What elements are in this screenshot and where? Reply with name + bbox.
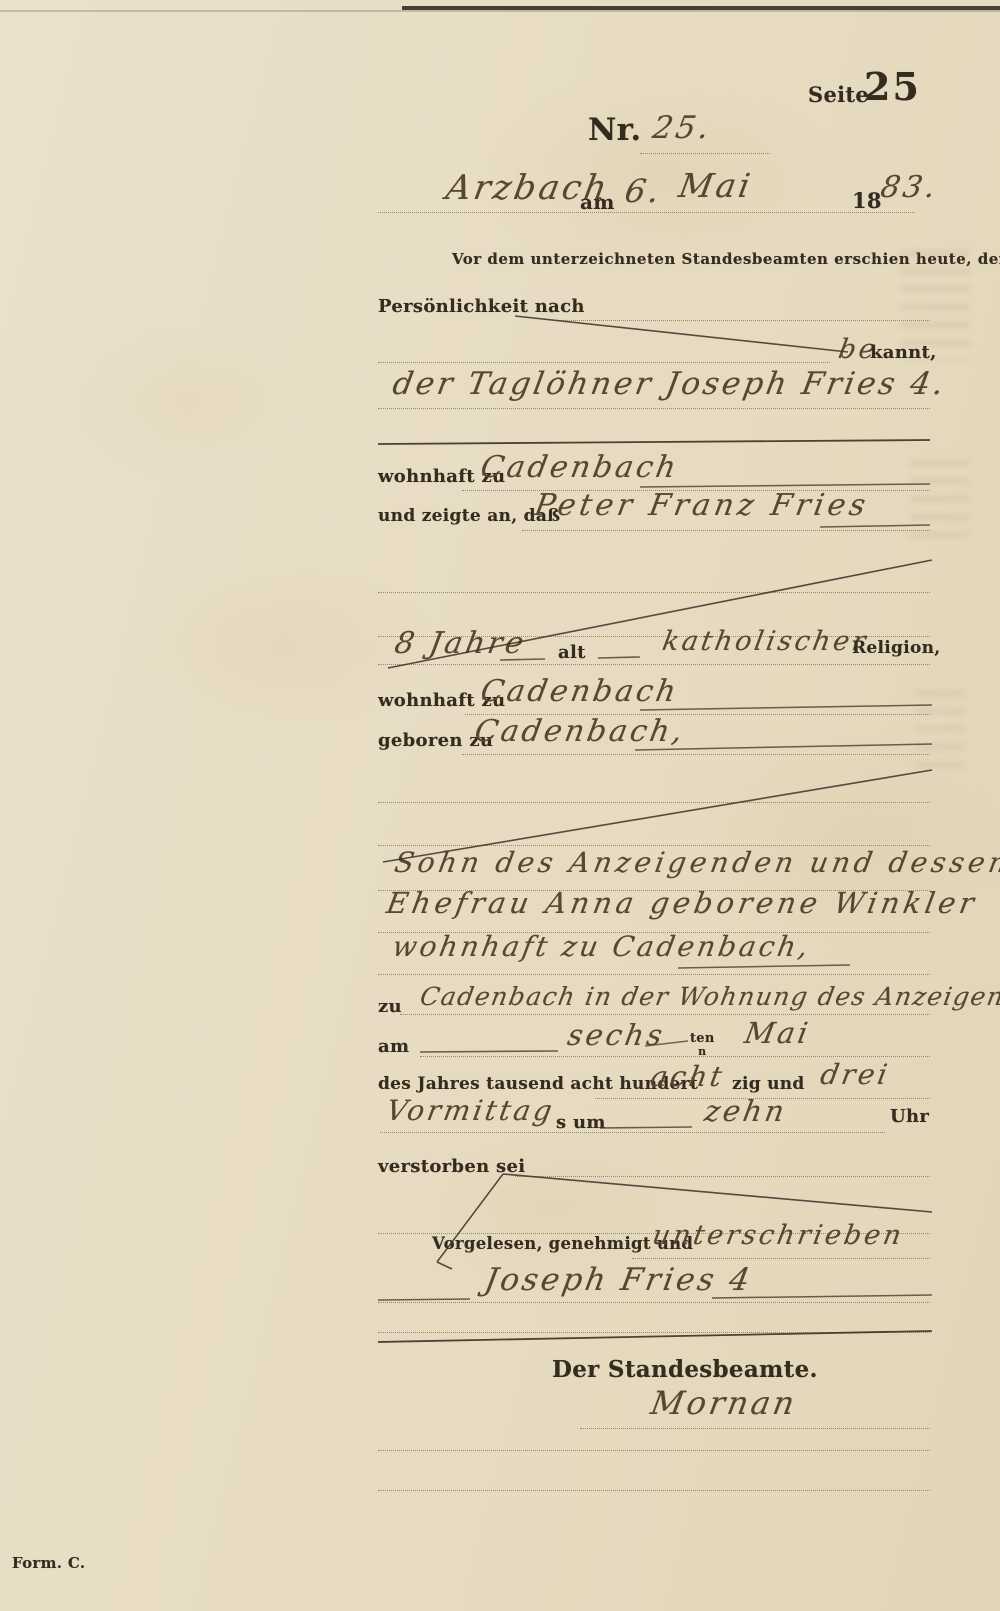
deceased-name: Peter Franz Fries xyxy=(532,488,872,523)
seite-label: Seite xyxy=(808,82,869,107)
dotted-rule xyxy=(378,974,930,975)
dotted-rule xyxy=(640,153,770,154)
death-month-entry: Mai xyxy=(742,1016,813,1050)
parents-line2: Ehefrau Anna geborene Winkler xyxy=(384,886,981,920)
dotted-rule xyxy=(522,530,930,531)
ink-fill-line xyxy=(640,484,930,487)
bekannt-printed: kannt, xyxy=(870,342,937,363)
year-ones-entry: drei xyxy=(818,1058,893,1091)
ink-fill-line xyxy=(598,657,640,658)
am-label: am xyxy=(580,190,615,214)
dotted-rule xyxy=(580,1428,930,1429)
religion-entry: katholischer xyxy=(660,626,871,657)
ink-fill-line xyxy=(600,1127,692,1128)
year-tens-entry: acht xyxy=(648,1060,727,1093)
strikethrough-line xyxy=(437,1262,452,1269)
ten-label: ten xyxy=(690,1032,715,1045)
declarant-entry: der Taglöhner Joseph Fries 4. xyxy=(390,366,949,402)
hour-entry: zehn xyxy=(702,1094,790,1128)
daytime-entry: Vormittag xyxy=(384,1094,557,1127)
dotted-rule xyxy=(378,408,930,409)
registrar-signature: Mornan xyxy=(648,1384,800,1422)
closing-written: unterschrieben xyxy=(650,1220,907,1251)
dotted-rule xyxy=(378,1332,930,1333)
day-entry: 6. xyxy=(622,172,665,210)
alt-label: alt xyxy=(558,642,586,663)
ink-strokes xyxy=(0,0,1000,1611)
dotted-rule xyxy=(515,1176,930,1177)
nr-value: 25. xyxy=(650,110,715,146)
declarant-signature: Joseph Fries 4 xyxy=(482,1262,755,1298)
religion-label: Religion, xyxy=(852,638,941,658)
ten-suffix: ten n xyxy=(690,1032,715,1057)
dotted-rule xyxy=(378,362,830,363)
strikethrough-line xyxy=(378,440,930,444)
strikethrough-line xyxy=(515,316,848,352)
persoenlichkeit-label: Persönlichkeit nach xyxy=(378,296,585,317)
dotted-rule xyxy=(555,320,930,321)
strikethrough-line xyxy=(503,1174,932,1212)
s-um-label: s um xyxy=(556,1112,606,1133)
dotted-rule xyxy=(378,1490,930,1491)
register-page: Seite 25 Nr. 25. Arzbach am 6. Mai 18 83… xyxy=(0,0,1000,1611)
dotted-rule xyxy=(632,1258,930,1259)
dotted-rule xyxy=(378,212,915,213)
zig-und-label: zig und xyxy=(732,1074,805,1094)
dotted-rule xyxy=(378,1450,930,1451)
parents-line3: wohnhaft zu Cadenbach, xyxy=(390,930,814,963)
year-printed: 18 xyxy=(852,188,882,213)
verstorben-label: verstorben sei xyxy=(378,1156,525,1177)
registrar-label: Der Standesbeamte. xyxy=(552,1356,818,1383)
ink-fill-line xyxy=(678,965,850,968)
death-day-entry: sechs xyxy=(565,1018,668,1052)
bleedthrough-smudge xyxy=(915,690,965,770)
deceased-residence: Cadenbach xyxy=(478,674,682,709)
ink-fill-line xyxy=(640,705,932,710)
intro-line: Vor dem unterzeichneten Standesbeamten e… xyxy=(452,250,1000,268)
dotted-rule xyxy=(378,1302,930,1303)
nr-label: Nr. xyxy=(588,112,642,148)
binding-shadow xyxy=(0,10,1000,12)
dotted-rule xyxy=(420,1056,930,1057)
month-entry: Mai xyxy=(676,166,756,205)
declarant-residence: Cadenbach xyxy=(478,450,682,485)
birthplace-entry: Cadenbach, xyxy=(472,714,688,749)
dotted-rule xyxy=(400,1014,930,1015)
zu-label: zu xyxy=(378,996,402,1017)
dotted-rule xyxy=(378,802,930,803)
form-label: Form. C. xyxy=(12,1554,85,1572)
dotted-rule xyxy=(378,664,930,665)
am2-label: am xyxy=(378,1036,409,1057)
parents-line1: Sohn des Anzeigenden und dessen xyxy=(392,846,1000,879)
ink-fill-line xyxy=(378,1299,470,1300)
age-entry: 8 Jahre xyxy=(392,626,529,661)
dotted-rule xyxy=(462,754,930,755)
dotted-rule xyxy=(378,592,930,593)
uhr-label: Uhr xyxy=(890,1106,929,1127)
death-place-entry: Cadenbach in der Wohnung des Anzeigenden xyxy=(418,982,1000,1011)
year-written: 83. xyxy=(878,170,941,205)
page-number: 25 xyxy=(864,64,921,109)
bleedthrough-smudge xyxy=(910,460,970,550)
dotted-rule xyxy=(380,1132,885,1133)
ink-fill-line xyxy=(420,1051,558,1052)
